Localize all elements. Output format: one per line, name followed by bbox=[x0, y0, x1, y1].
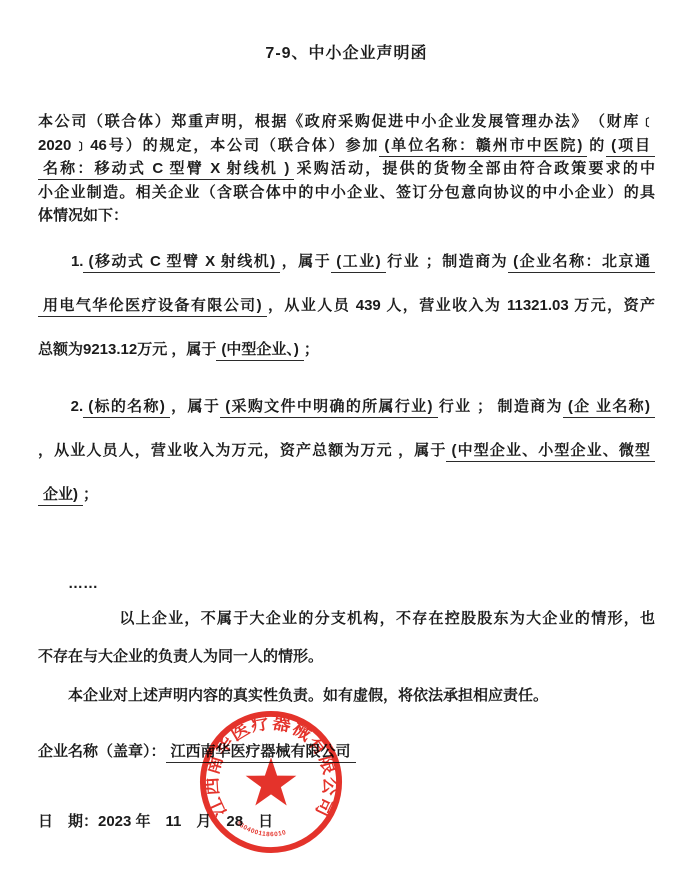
underlined-blank: (中型企业、) bbox=[216, 341, 304, 361]
underlined-blank: (企业名称：北京通 bbox=[508, 253, 655, 273]
underlined-blank: 用电气华伦医疗设备有限公司) bbox=[38, 297, 267, 317]
text-segment: 2020﹞46号）的规定，本公司（联合体）参加 bbox=[38, 137, 379, 154]
ellipsis-line: …… bbox=[38, 572, 655, 596]
text-segment: 企业名称（盖章）： bbox=[38, 743, 166, 760]
underlined-blank: 名称：移动式 C 型臂 X 射线机 ) bbox=[38, 160, 294, 180]
text-segment: ，属于 bbox=[280, 253, 331, 270]
text-segment: 体情况如下： bbox=[38, 207, 128, 224]
text-segment: 总额为9213.12万元 ，属于 bbox=[38, 341, 216, 358]
text-line: 本企业对上述声明内容的真实性负责。如有虚假，将依法承担相应责任。 bbox=[38, 677, 655, 715]
underlined-blank: (标的名称) bbox=[83, 398, 170, 418]
underlined-blank: (项目 bbox=[606, 137, 655, 157]
text-line: 日 期：2023 年 11 月 28 日 bbox=[38, 810, 655, 834]
text-segment: 日 期：2023 年 11 月 28 日 bbox=[38, 813, 273, 830]
underlined-blank: (移动式 C 型臂 X 射线机) bbox=[83, 253, 280, 273]
text-segment: ； bbox=[304, 341, 319, 358]
text-line: 体情况如下： bbox=[38, 204, 655, 228]
text-line: 2.(标的名称)，属于(采购文件中明确的所属行业)行业 ； 制造商为(企 业名称… bbox=[38, 385, 655, 429]
seal-star-icon bbox=[246, 757, 297, 805]
text-line: 以上企业，不属于大企业的分支机构，不存在控股股东为大企业的情形，也 bbox=[38, 600, 655, 638]
no-affiliation-paragraph: 以上企业，不属于大企业的分支机构，不存在控股股东为大企业的情形，也不存在与大企业… bbox=[38, 600, 655, 676]
text-line: 不存在与大企业的负责人为同一人的情形。 bbox=[38, 638, 655, 676]
text-line: 企业名称（盖章）：江西南华医疗器械有限公司 bbox=[38, 740, 655, 764]
underlined-blank: (企 业名称) bbox=[563, 398, 655, 418]
text-segment: 小企业制造。相关企业（含联合体中的中小企业、签订分包意向协议的中小企业）的具 bbox=[38, 184, 655, 201]
text-line: 2020﹞46号）的规定，本公司（联合体）参加(单位名称：赣州市中医院)的(项目 bbox=[38, 134, 655, 158]
underlined-blank: (中型企业、小型企业、微型 bbox=[446, 442, 655, 462]
text-segment: 采购活动，提供的货物全部由符合政策要求的中 bbox=[294, 160, 655, 177]
date-line: 日 期：2023 年 11 月 28 日 bbox=[38, 810, 655, 834]
underlined-blank: 企业) bbox=[38, 486, 83, 506]
text-segment: 以上企业，不属于大企业的分支机构，不存在控股股东为大企业的情形，也 bbox=[38, 610, 655, 627]
underlined-blank: 江西南华医疗器械有限公司 bbox=[166, 743, 356, 763]
text-segment: ，属于 bbox=[170, 398, 220, 415]
intro-paragraph: 本公司（联合体）郑重声明，根据《政府采购促进中小企业发展管理办法》 （财库﹝20… bbox=[38, 110, 655, 228]
text-segment: 行业 ；制造商为 bbox=[386, 253, 509, 270]
text-line: …… bbox=[38, 572, 655, 596]
company-name-line: 企业名称（盖章）：江西南华医疗器械有限公司 bbox=[38, 740, 655, 764]
text-line: 总额为9213.12万元 ，属于(中型企业、)； bbox=[38, 328, 655, 372]
item-2-paragraph: 2.(标的名称)，属于(采购文件中明确的所属行业)行业 ； 制造商为(企 业名称… bbox=[38, 385, 655, 517]
text-segment: …… bbox=[38, 575, 98, 592]
text-segment: 行业 ； 制造商为 bbox=[438, 398, 563, 415]
document-page: 7-9、中小企业声明函 本公司（联合体）郑重声明，根据《政府采购促进中小企业发展… bbox=[0, 0, 693, 895]
seal-company-text: 江西南华医疗器械有限公司 bbox=[200, 711, 342, 821]
text-line: 1.(移动式 C 型臂 X 射线机)，属于(工业)行业 ；制造商为(企业名称：北… bbox=[38, 240, 655, 284]
document-title: 7-9、中小企业声明函 bbox=[0, 40, 693, 63]
text-segment: 2. bbox=[38, 398, 83, 415]
underlined-blank: (采购文件中明确的所属行业) bbox=[220, 398, 437, 418]
text-segment: 不存在与大企业的负责人为同一人的情形。 bbox=[38, 648, 323, 665]
text-segment: ； bbox=[83, 486, 98, 503]
seal-company-arc-text: 江西南华医疗器械有限公司 bbox=[200, 711, 342, 821]
underlined-blank: (工业) bbox=[331, 253, 385, 273]
text-segment: 本企业对上述声明内容的真实性负责。如有虚假，将依法承担相应责任。 bbox=[38, 687, 548, 704]
text-line: 本公司（联合体）郑重声明，根据《政府采购促进中小企业发展管理办法》 （财库﹝ bbox=[38, 110, 655, 134]
text-line: 用电气华伦医疗设备有限公司)，从业人员 439 人，营业收入为 11321.03… bbox=[38, 284, 655, 328]
item-1-paragraph: 1.(移动式 C 型臂 X 射线机)，属于(工业)行业 ；制造商为(企业名称：北… bbox=[38, 240, 655, 372]
text-segment: ，从业人员人，营业收入为万元，资产总额为万元 ，属于 bbox=[38, 442, 446, 459]
text-line: ，从业人员人，营业收入为万元，资产总额为万元 ，属于(中型企业、小型企业、微型 bbox=[38, 429, 655, 473]
text-segment: 本公司（联合体）郑重声明，根据《政府采购促进中小企业发展管理办法》 （财库﹝ bbox=[38, 113, 655, 130]
text-line: 名称：移动式 C 型臂 X 射线机 )采购活动，提供的货物全部由符合政策要求的中 bbox=[38, 157, 655, 181]
text-segment: ，从业人员 439 人，营业收入为 11321.03 万元，资产 bbox=[267, 297, 655, 314]
text-line: 企业)； bbox=[38, 473, 655, 517]
text-line: 小企业制造。相关企业（含联合体中的中小企业、签订分包意向协议的中小企业）的具 bbox=[38, 181, 655, 205]
text-segment: 的 bbox=[587, 137, 606, 154]
responsibility-paragraph: 本企业对上述声明内容的真实性负责。如有虚假，将依法承担相应责任。 bbox=[38, 677, 655, 715]
text-segment: 1. bbox=[38, 253, 83, 270]
underlined-blank: (单位名称：赣州市中医院) bbox=[379, 137, 587, 157]
